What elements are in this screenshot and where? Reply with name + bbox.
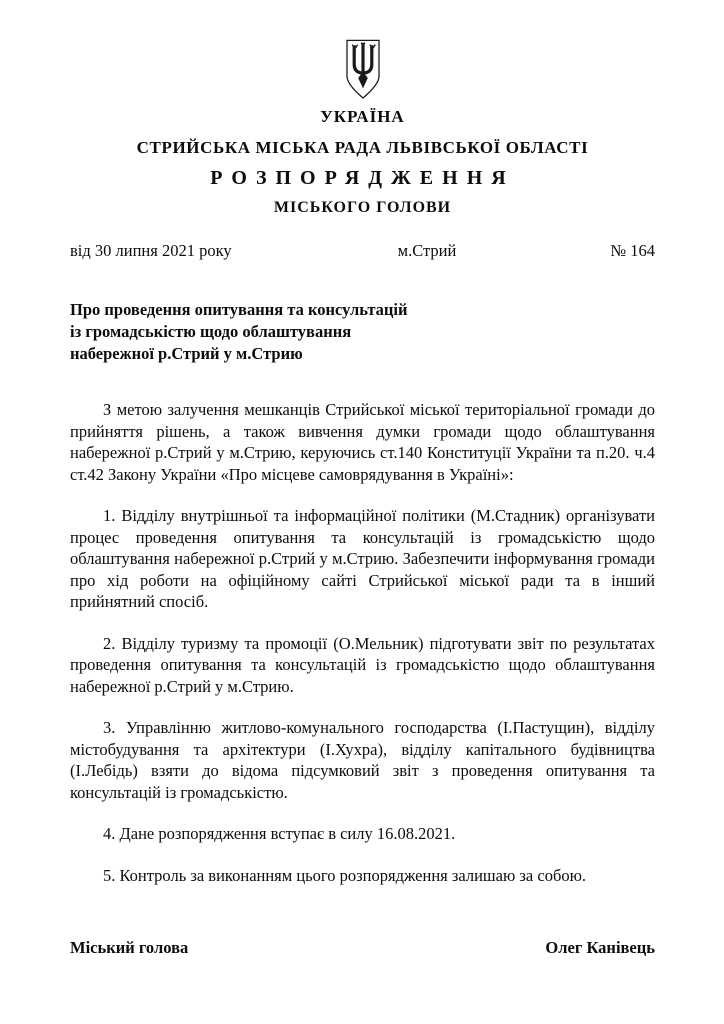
document-number: № 164 bbox=[610, 241, 655, 261]
date-row: від 30 липня 2021 року м.Стрий № 164 bbox=[70, 241, 655, 261]
subject-line: із громадськістю щодо облаштування bbox=[70, 321, 655, 343]
signer-name: Олег Канівець bbox=[545, 938, 655, 958]
document-page: УКРАЇНА СТРИЙСЬКА МІСЬКА РАДА ЛЬВІВСЬКОЇ… bbox=[0, 0, 724, 1024]
council-name: СТРИЙСЬКА МІСЬКА РАДА ЛЬВІВСЬКОЇ ОБЛАСТІ bbox=[70, 138, 655, 158]
document-date: від 30 липня 2021 року bbox=[70, 241, 232, 261]
document-place: м.Стрий bbox=[398, 241, 457, 261]
country-name: УКРАЇНА bbox=[70, 107, 655, 127]
signature-row: Міський голова Олег Канівець bbox=[70, 938, 655, 958]
subject-line: Про проведення опитування та консультаці… bbox=[70, 299, 655, 321]
document-body: З метою залучення мешканців Стрийської м… bbox=[70, 399, 655, 886]
subject-line: набережної р.Стрий у м.Стрию bbox=[70, 343, 655, 365]
order-item-3: 3. Управлінню житлово-комунального госпо… bbox=[70, 717, 655, 803]
order-item-1: 1. Відділу внутрішньої та інформаційної … bbox=[70, 505, 655, 613]
order-item-2: 2. Відділу туризму та промоції (О.Мельни… bbox=[70, 633, 655, 698]
ukraine-trident-icon bbox=[338, 38, 388, 102]
document-type-title: РОЗПОРЯДЖЕННЯ bbox=[70, 167, 655, 190]
signer-title: Міський голова bbox=[70, 938, 188, 958]
order-item-5: 5. Контроль за виконанням цього розпоряд… bbox=[70, 865, 655, 887]
letterhead: УКРАЇНА СТРИЙСЬКА МІСЬКА РАДА ЛЬВІВСЬКОЇ… bbox=[70, 38, 655, 217]
subject-block: Про проведення опитування та консультаці… bbox=[70, 299, 655, 365]
preamble-paragraph: З метою залучення мешканців Стрийської м… bbox=[70, 399, 655, 485]
document-subtype-title: МІСЬКОГО ГОЛОВИ bbox=[70, 199, 655, 217]
order-item-4: 4. Дане розпорядження вступає в силу 16.… bbox=[70, 823, 655, 845]
